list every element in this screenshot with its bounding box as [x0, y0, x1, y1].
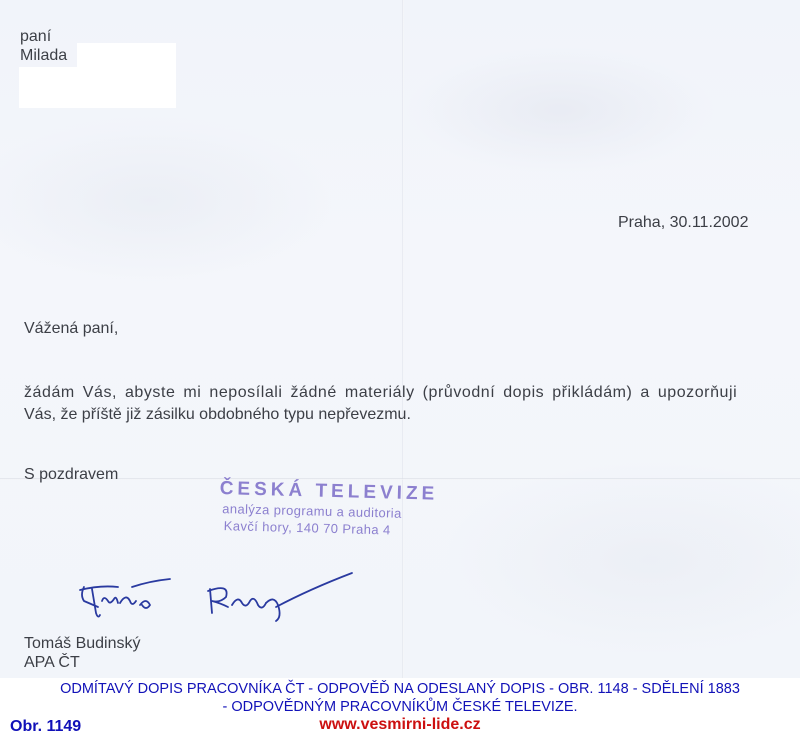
paper-fold-vertical [402, 0, 404, 678]
caption-line-1: ODMÍTAVÝ DOPIS PRACOVNÍKA ČT - ODPOVĚĎ N… [0, 680, 800, 698]
place-date: Praha, 30.11.2002 [618, 213, 748, 232]
recipient-name: Milada [20, 46, 67, 65]
website-link[interactable]: www.vesmirni-lide.cz [0, 716, 800, 734]
closing: S pozdravem [24, 465, 118, 484]
organization-stamp: ČESKÁ TELEVIZE analýza programu a audito… [219, 478, 439, 540]
redaction-box [77, 43, 176, 68]
signature-icon [70, 565, 360, 625]
signer-organization: APA ČT [24, 653, 80, 672]
recipient-salutation: paní [20, 27, 51, 46]
greeting: Vážená paní, [24, 319, 118, 338]
caption-line-2: - ODPOVĚDNÝM PRACOVNÍKŮM ČESKÉ TELEVIZE. [0, 698, 800, 716]
image-caption: ODMÍTAVÝ DOPIS PRACOVNÍKA ČT - ODPOVĚĎ N… [0, 680, 800, 716]
redaction-box [19, 67, 176, 108]
scanned-letter: paní Milada Praha, 30.11.2002 Vážená pan… [0, 0, 800, 678]
body-line-1: žádám Vás, abyste mi neposílali žádné ma… [24, 383, 737, 402]
paper-fold-horizontal [0, 478, 800, 480]
body-line-2: Vás, že příště již zásilku obdobného typ… [24, 405, 411, 424]
signer-name: Tomáš Budinský [24, 634, 141, 653]
